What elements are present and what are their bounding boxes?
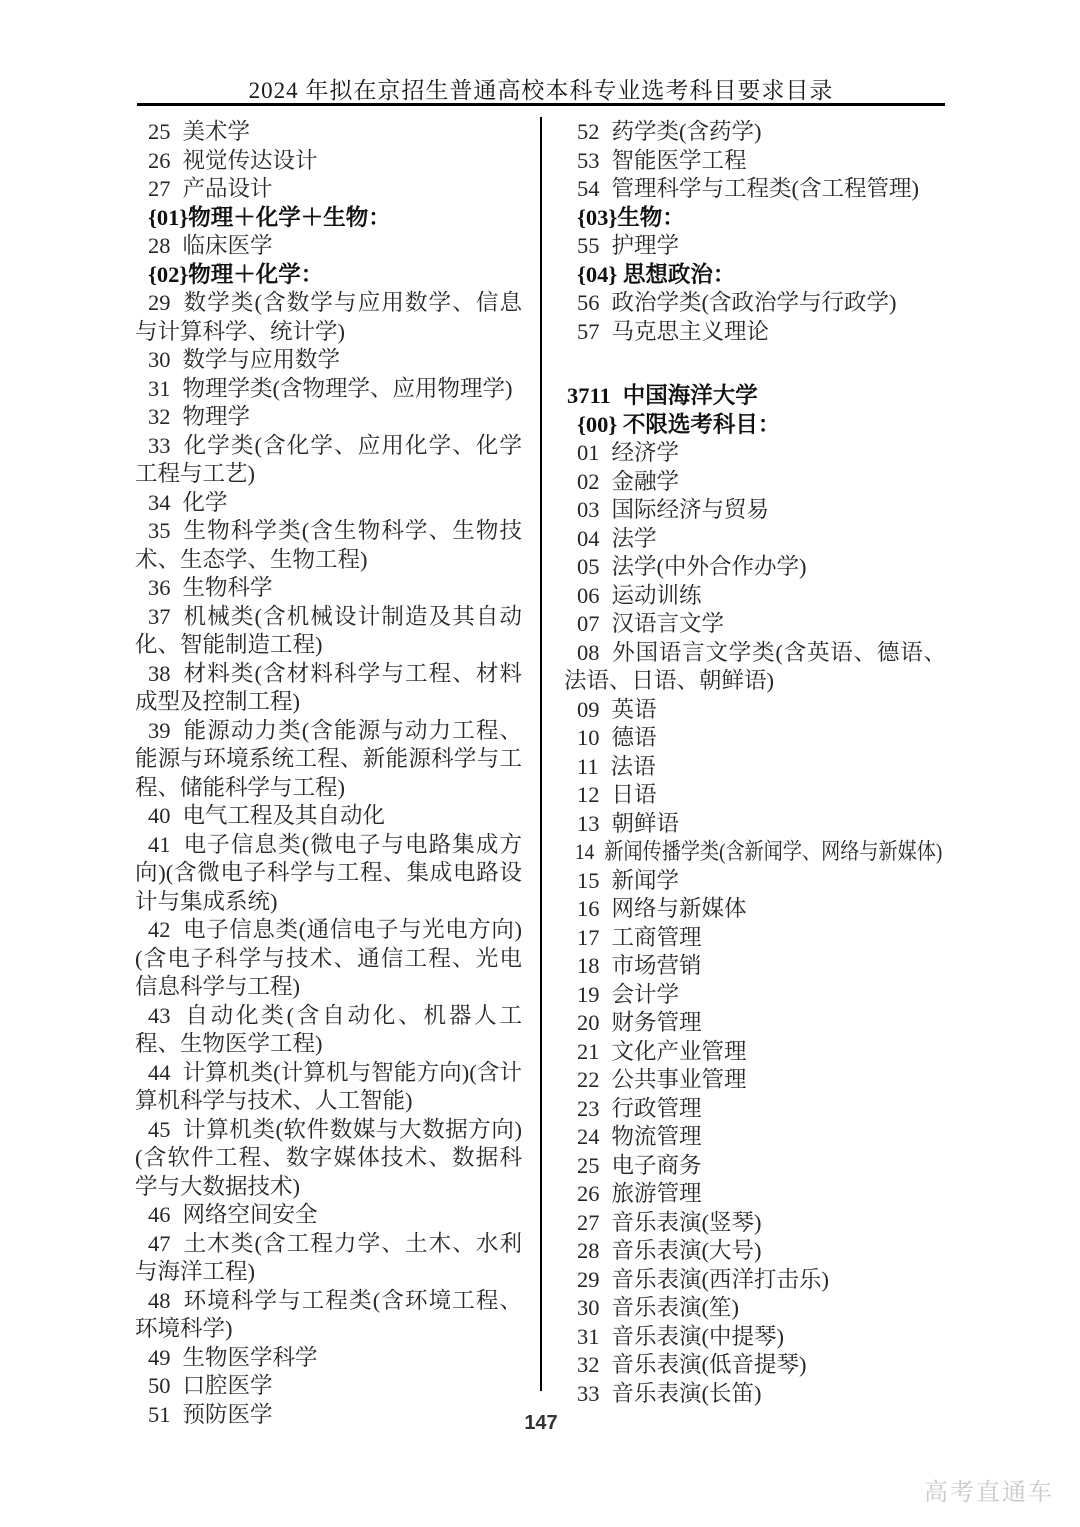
major-code: 16 — [577, 896, 600, 921]
major-item: 41电子信息类(微电子与电路集成方向)(含微电子科学与工程、集成电路设计与集成系… — [135, 831, 522, 917]
major-item: 52药学类(含药学) — [564, 118, 946, 147]
major-name: 临床医学 — [183, 233, 273, 258]
major-code: 52 — [577, 119, 600, 144]
major-item: 35生物科学类(含生物科学、生物技术、生态学、生物工程) — [135, 517, 522, 574]
major-name: 会计学 — [612, 982, 680, 1007]
page-title: 2024 年拟在京招生普通高校本科专业选考科目要求目录 — [137, 72, 945, 105]
major-name: 市场营销 — [612, 953, 702, 978]
major-name: 数学类(含数学与应用数学、信息与计算科学、统计学) — [135, 290, 522, 344]
major-code: 03 — [577, 497, 600, 522]
major-name: 物流管理 — [612, 1124, 702, 1149]
major-item: 39能源动力类(含能源与动力工程、能源与环境系统工程、新能源科学与工程、储能科学… — [135, 717, 522, 803]
major-item: 14新闻传播学类(含新闻学、网络与新媒体) — [564, 838, 889, 867]
major-name: 音乐表演(长笛) — [612, 1381, 762, 1406]
major-name: 环境科学与工程类(含环境工程、环境科学) — [135, 1288, 522, 1342]
major-item: 22公共事业管理 — [564, 1066, 946, 1095]
major-name: 经济学 — [612, 440, 680, 465]
subject-group-header: {04} 思想政治： — [564, 261, 946, 290]
right-column: 52药学类(含药学)53智能医学工程54管理科学与工程类(含工程管理){03}生… — [564, 118, 946, 1408]
major-name: 公共事业管理 — [612, 1067, 747, 1092]
major-name: 生物科学 — [183, 575, 273, 600]
major-item: 32音乐表演(低音提琴) — [564, 1351, 946, 1380]
major-name: 日语 — [612, 782, 657, 807]
major-code: 08 — [577, 640, 600, 665]
major-item: 09英语 — [564, 696, 946, 725]
major-code: 53 — [577, 148, 600, 173]
major-code: 27 — [148, 176, 171, 201]
major-code: 38 — [148, 661, 171, 686]
subject-group-header: {01}物理＋化学＋生物： — [135, 204, 522, 233]
major-code: 33 — [577, 1381, 600, 1406]
major-code: 10 — [577, 725, 600, 750]
major-name: 电气工程及其自动化 — [183, 803, 386, 828]
major-name: 管理科学与工程类(含工程管理) — [612, 176, 920, 201]
major-code: 02 — [577, 469, 600, 494]
major-item: 54管理科学与工程类(含工程管理) — [564, 175, 946, 204]
school-header: 3711中国海洋大学 — [564, 382, 946, 411]
major-name: 电子信息类(通信电子与光电方向)(含电子科学与技术、通信工程、光电信息科学与工程… — [135, 917, 522, 999]
major-item: 19会计学 — [564, 981, 946, 1010]
major-code: 17 — [577, 925, 600, 950]
major-name: 金融学 — [612, 469, 680, 494]
major-item: 49生物医学科学 — [135, 1344, 522, 1373]
major-name: 数学与应用数学 — [183, 347, 341, 372]
major-name: 运动训练 — [612, 583, 702, 608]
major-name: 网络空间安全 — [183, 1202, 318, 1227]
major-name: 外国语言文学类(含英语、德语、法语、日语、朝鲜语) — [564, 640, 946, 694]
major-code: 45 — [148, 1117, 171, 1142]
major-item: 48环境科学与工程类(含环境工程、环境科学) — [135, 1287, 522, 1344]
major-item: 20财务管理 — [564, 1009, 946, 1038]
major-name: 计算机类(软件数媒与大数据方向)(含软件工程、数字媒体技术、数据科学与大数据技术… — [135, 1117, 522, 1199]
major-code: 28 — [148, 233, 171, 258]
major-name: 材料类(含材料科学与工程、材料成型及控制工程) — [135, 661, 522, 715]
major-name: 电子商务 — [612, 1153, 702, 1178]
major-item: 55护理学 — [564, 232, 946, 261]
major-code: 55 — [577, 233, 600, 258]
major-name: 财务管理 — [612, 1010, 702, 1035]
major-item: 30音乐表演(笙) — [564, 1294, 946, 1323]
major-name: 音乐表演(竖琴) — [612, 1210, 762, 1235]
major-code: 11 — [577, 754, 599, 779]
major-code: 07 — [577, 611, 600, 636]
major-code: 31 — [577, 1324, 600, 1349]
subject-group-header: {00} 不限选考科目： — [564, 411, 946, 440]
major-code: 33 — [148, 433, 171, 458]
major-code: 20 — [577, 1010, 600, 1035]
major-item: 15新闻学 — [564, 867, 946, 896]
major-item: 27产品设计 — [135, 175, 522, 204]
header-rule — [137, 103, 945, 106]
major-item: 07汉语言文学 — [564, 610, 946, 639]
major-item: 11法语 — [564, 753, 946, 782]
major-code: 50 — [148, 1373, 171, 1398]
major-code: 26 — [148, 148, 171, 173]
major-item: 03国际经济与贸易 — [564, 496, 946, 525]
document-page: 2024 年拟在京招生普通高校本科专业选考科目要求目录 25美术学26视觉传达设… — [0, 0, 1080, 1527]
major-name: 国际经济与贸易 — [612, 497, 770, 522]
major-name: 视觉传达设计 — [183, 148, 318, 173]
major-name: 化学类(含化学、应用化学、化学工程与工艺) — [135, 433, 522, 487]
major-item: 06运动训练 — [564, 582, 946, 611]
major-code: 43 — [148, 1003, 171, 1028]
major-name: 生物医学科学 — [183, 1345, 318, 1370]
major-item: 23行政管理 — [564, 1095, 946, 1124]
major-item: 17工商管理 — [564, 924, 946, 953]
major-item: 45计算机类(软件数媒与大数据方向)(含软件工程、数字媒体技术、数据科学与大数据… — [135, 1116, 522, 1202]
major-code: 27 — [577, 1210, 600, 1235]
page-number: 147 — [137, 1412, 945, 1435]
major-name: 法学(中外合作办学) — [612, 554, 807, 579]
major-item: 12日语 — [564, 781, 946, 810]
major-name: 马克思主义理论 — [612, 319, 770, 344]
major-name: 音乐表演(西洋打击乐) — [612, 1267, 830, 1292]
major-item: 40电气工程及其自动化 — [135, 802, 522, 831]
major-item: 16网络与新媒体 — [564, 895, 946, 924]
major-item: 28临床医学 — [135, 232, 522, 261]
major-code: 44 — [148, 1060, 171, 1085]
major-item: 25电子商务 — [564, 1152, 946, 1181]
major-code: 46 — [148, 1202, 171, 1227]
major-item: 42电子信息类(通信电子与光电方向)(含电子科学与技术、通信工程、光电信息科学与… — [135, 916, 522, 1002]
major-item: 29数学类(含数学与应用数学、信息与计算科学、统计学) — [135, 289, 522, 346]
major-item: 04法学 — [564, 525, 946, 554]
major-name: 能源动力类(含能源与动力工程、能源与环境系统工程、新能源科学与工程、储能科学与工… — [135, 718, 522, 800]
major-name: 物理学类(含物理学、应用物理学) — [183, 376, 513, 401]
left-column: 25美术学26视觉传达设计27产品设计{01}物理＋化学＋生物：28临床医学{0… — [135, 118, 522, 1429]
school-code: 3711 — [567, 383, 611, 408]
major-name: 产品设计 — [183, 176, 273, 201]
major-code: 06 — [577, 583, 600, 608]
major-name: 计算机类(计算机与智能方向)(含计算机科学与技术、人工智能) — [135, 1060, 522, 1114]
major-name: 网络与新媒体 — [612, 896, 747, 921]
major-name: 新闻传播学类(含新闻学、网络与新媒体) — [604, 839, 942, 864]
major-name: 政治学类(含政治学与行政学) — [612, 290, 897, 315]
subject-group-header: {02}物理＋化学： — [135, 261, 522, 290]
major-code: 05 — [577, 554, 600, 579]
major-code: 23 — [577, 1096, 600, 1121]
major-code: 34 — [148, 490, 171, 515]
major-item: 46网络空间安全 — [135, 1201, 522, 1230]
major-item: 44计算机类(计算机与智能方向)(含计算机科学与技术、人工智能) — [135, 1059, 522, 1116]
major-item: 28音乐表演(大号) — [564, 1237, 946, 1266]
major-code: 35 — [148, 518, 171, 543]
major-item: 24物流管理 — [564, 1123, 946, 1152]
major-name: 智能医学工程 — [612, 148, 747, 173]
major-name: 美术学 — [183, 119, 251, 144]
major-name: 物理学 — [183, 404, 251, 429]
major-item: 31物理学类(含物理学、应用物理学) — [135, 375, 522, 404]
major-code: 36 — [148, 575, 171, 600]
major-item: 38材料类(含材料科学与工程、材料成型及控制工程) — [135, 660, 522, 717]
major-name: 口腔医学 — [183, 1373, 273, 1398]
major-name: 音乐表演(中提琴) — [612, 1324, 785, 1349]
major-code: 37 — [148, 604, 171, 629]
major-item: 02金融学 — [564, 468, 946, 497]
major-item: 01经济学 — [564, 439, 946, 468]
major-code: 21 — [577, 1039, 600, 1064]
major-name: 德语 — [612, 725, 657, 750]
major-code: 48 — [148, 1288, 171, 1313]
major-item: 18市场营销 — [564, 952, 946, 981]
major-item: 47土木类(含工程力学、土木、水利与海洋工程) — [135, 1230, 522, 1287]
major-item: 36生物科学 — [135, 574, 522, 603]
major-name: 音乐表演(低音提琴) — [612, 1352, 807, 1377]
major-item: 08外国语言文学类(含英语、德语、法语、日语、朝鲜语) — [564, 639, 946, 696]
major-item: 34化学 — [135, 489, 522, 518]
major-item: 10德语 — [564, 724, 946, 753]
major-code: 30 — [577, 1295, 600, 1320]
major-code: 47 — [148, 1231, 171, 1256]
major-name: 汉语言文学 — [612, 611, 725, 636]
column-divider — [540, 117, 542, 1391]
major-item: 31音乐表演(中提琴) — [564, 1323, 946, 1352]
major-code: 49 — [148, 1345, 171, 1370]
major-item: 13朝鲜语 — [564, 810, 946, 839]
major-code: 14 — [575, 839, 594, 864]
major-name: 护理学 — [612, 233, 680, 258]
major-item: 29音乐表演(西洋打击乐) — [564, 1266, 946, 1295]
major-item: 57马克思主义理论 — [564, 318, 946, 347]
major-code: 19 — [577, 982, 600, 1007]
blank-line — [564, 346, 946, 382]
major-code: 41 — [148, 832, 171, 857]
major-code: 31 — [148, 376, 171, 401]
major-name: 新闻学 — [612, 868, 680, 893]
major-name: 电子信息类(微电子与电路集成方向)(含微电子科学与工程、集成电路设计与集成系统) — [135, 832, 522, 914]
school-name: 中国海洋大学 — [623, 383, 758, 408]
major-code: 25 — [148, 119, 171, 144]
major-code: 24 — [577, 1124, 600, 1149]
major-name: 机械类(含机械设计制造及其自动化、智能制造工程) — [135, 604, 522, 658]
major-code: 09 — [577, 697, 600, 722]
major-name: 化学 — [183, 490, 228, 515]
watermark: 高考直通车 — [924, 1472, 1054, 1507]
major-code: 54 — [577, 176, 600, 201]
major-code: 32 — [148, 404, 171, 429]
major-code: 15 — [577, 868, 600, 893]
major-name: 土木类(含工程力学、土木、水利与海洋工程) — [135, 1231, 522, 1285]
major-code: 42 — [148, 917, 171, 942]
major-code: 13 — [577, 811, 600, 836]
major-item: 26视觉传达设计 — [135, 147, 522, 176]
major-item: 33化学类(含化学、应用化学、化学工程与工艺) — [135, 432, 522, 489]
major-name: 法语 — [611, 754, 656, 779]
major-code: 22 — [577, 1067, 600, 1092]
major-code: 32 — [577, 1352, 600, 1377]
major-name: 英语 — [612, 697, 657, 722]
major-code: 30 — [148, 347, 171, 372]
major-name: 行政管理 — [612, 1096, 702, 1121]
major-item: 30数学与应用数学 — [135, 346, 522, 375]
major-name: 生物科学类(含生物科学、生物技术、生态学、生物工程) — [135, 518, 522, 572]
major-item: 50口腔医学 — [135, 1372, 522, 1401]
major-item: 56政治学类(含政治学与行政学) — [564, 289, 946, 318]
subject-group-header: {03}生物： — [564, 204, 946, 233]
major-item: 33音乐表演(长笛) — [564, 1380, 946, 1409]
major-name: 旅游管理 — [612, 1181, 702, 1206]
major-item: 27音乐表演(竖琴) — [564, 1209, 946, 1238]
major-item: 25美术学 — [135, 118, 522, 147]
major-code: 28 — [577, 1238, 600, 1263]
major-name: 工商管理 — [612, 925, 702, 950]
major-code: 29 — [148, 290, 171, 315]
major-code: 25 — [577, 1153, 600, 1178]
major-item: 43自动化类(含自动化、机器人工程、生物医学工程) — [135, 1002, 522, 1059]
major-name: 药学类(含药学) — [612, 119, 762, 144]
major-name: 文化产业管理 — [612, 1039, 747, 1064]
major-item: 32物理学 — [135, 403, 522, 432]
major-item: 21文化产业管理 — [564, 1038, 946, 1067]
major-code: 04 — [577, 526, 600, 551]
major-code: 18 — [577, 953, 600, 978]
major-code: 12 — [577, 782, 600, 807]
major-name: 音乐表演(笙) — [612, 1295, 740, 1320]
major-code: 40 — [148, 803, 171, 828]
major-code: 57 — [577, 319, 600, 344]
major-code: 26 — [577, 1181, 600, 1206]
major-name: 自动化类(含自动化、机器人工程、生物医学工程) — [135, 1003, 522, 1057]
major-code: 39 — [148, 718, 171, 743]
major-item: 05法学(中外合作办学) — [564, 553, 946, 582]
major-code: 01 — [577, 440, 600, 465]
major-item: 53智能医学工程 — [564, 147, 946, 176]
major-item: 26旅游管理 — [564, 1180, 946, 1209]
major-code: 56 — [577, 290, 600, 315]
major-code: 29 — [577, 1267, 600, 1292]
major-name: 法学 — [612, 526, 657, 551]
major-name: 朝鲜语 — [612, 811, 680, 836]
major-item: 37机械类(含机械设计制造及其自动化、智能制造工程) — [135, 603, 522, 660]
major-name: 音乐表演(大号) — [612, 1238, 762, 1263]
